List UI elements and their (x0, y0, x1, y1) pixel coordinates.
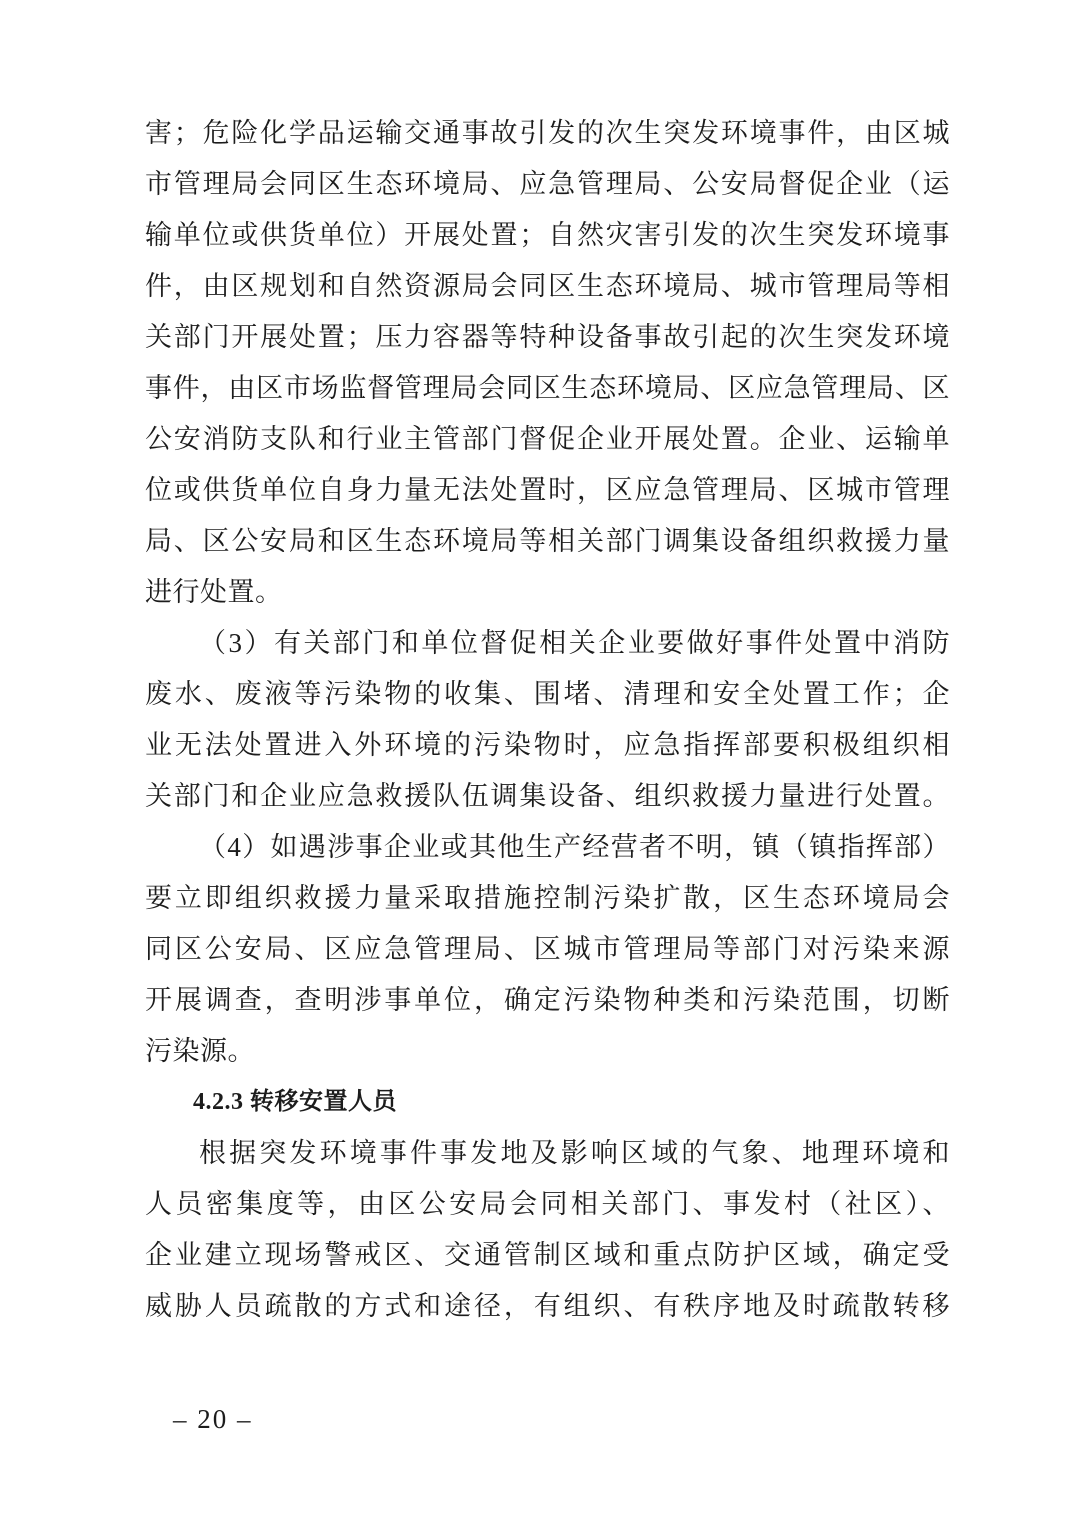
text-line: 输单位或供货单位）开展处置；自然灾害引发的次生突发环境事 (145, 210, 950, 261)
text-line: 开展调查，查明涉事单位，确定污染物种类和污染范围，切断 (145, 975, 950, 1026)
text-line: 同区公安局、区应急管理局、区城市管理局等部门对污染来源 (145, 924, 950, 975)
text-line: 威胁人员疏散的方式和途径，有组织、有秩序地及时疏散转移 (145, 1281, 950, 1332)
text-line: 污染源。 (145, 1026, 950, 1077)
text-line-paragraph-start: 根据突发环境事件事发地及影响区域的气象、地理环境和 (145, 1128, 950, 1179)
text-line: 进行处置。 (145, 567, 950, 618)
text-line: 废水、废液等污染物的收集、围堵、清理和安全处置工作；企 (145, 669, 950, 720)
text-line-paragraph-start: （3）有关部门和单位督促相关企业要做好事件处置中消防 (145, 618, 950, 669)
document-page: 害；危险化学品运输交通事故引发的次生突发环境事件，由区城 市管理局会同区生态环境… (0, 0, 1074, 1520)
text-line-paragraph-start: （4）如遇涉事企业或其他生产经营者不明，镇（镇指挥部） (145, 822, 950, 873)
text-line: 公安消防支队和行业主管部门督促企业开展处置。企业、运输单 (145, 414, 950, 465)
text-line: 要立即组织救援力量采取措施控制污染扩散，区生态环境局会 (145, 873, 950, 924)
text-line: 局、区公安局和区生态环境局等相关部门调集设备组织救援力量 (145, 516, 950, 567)
text-line: 市管理局会同区生态环境局、应急管理局、公安局督促企业（运 (145, 159, 950, 210)
page-number: – 20 – (173, 1399, 253, 1439)
text-line: 件，由区规划和自然资源局会同区生态环境局、城市管理局等相 (145, 261, 950, 312)
text-line: 关部门开展处置；压力容器等特种设备事故引起的次生突发环境 (145, 312, 950, 363)
text-line: 害；危险化学品运输交通事故引发的次生突发环境事件，由区城 (145, 108, 950, 159)
text-line: 事件，由区市场监督管理局会同区生态环境局、区应急管理局、区 (145, 363, 950, 414)
section-heading-4-2-3: 4.2.3 转移安置人员 (145, 1077, 950, 1128)
text-line: 人员密集度等，由区公安局会同相关部门、事发村（社区）、 (145, 1179, 950, 1230)
text-line: 位或供货单位自身力量无法处置时，区应急管理局、区城市管理 (145, 465, 950, 516)
text-line: 业无法处置进入外环境的污染物时，应急指挥部要积极组织相 (145, 720, 950, 771)
text-line: 关部门和企业应急救援队伍调集设备、组织救援力量进行处置。 (145, 771, 950, 822)
document-body: 害；危险化学品运输交通事故引发的次生突发环境事件，由区城 市管理局会同区生态环境… (145, 108, 950, 1332)
text-line: 企业建立现场警戒区、交通管制区域和重点防护区域，确定受 (145, 1230, 950, 1281)
